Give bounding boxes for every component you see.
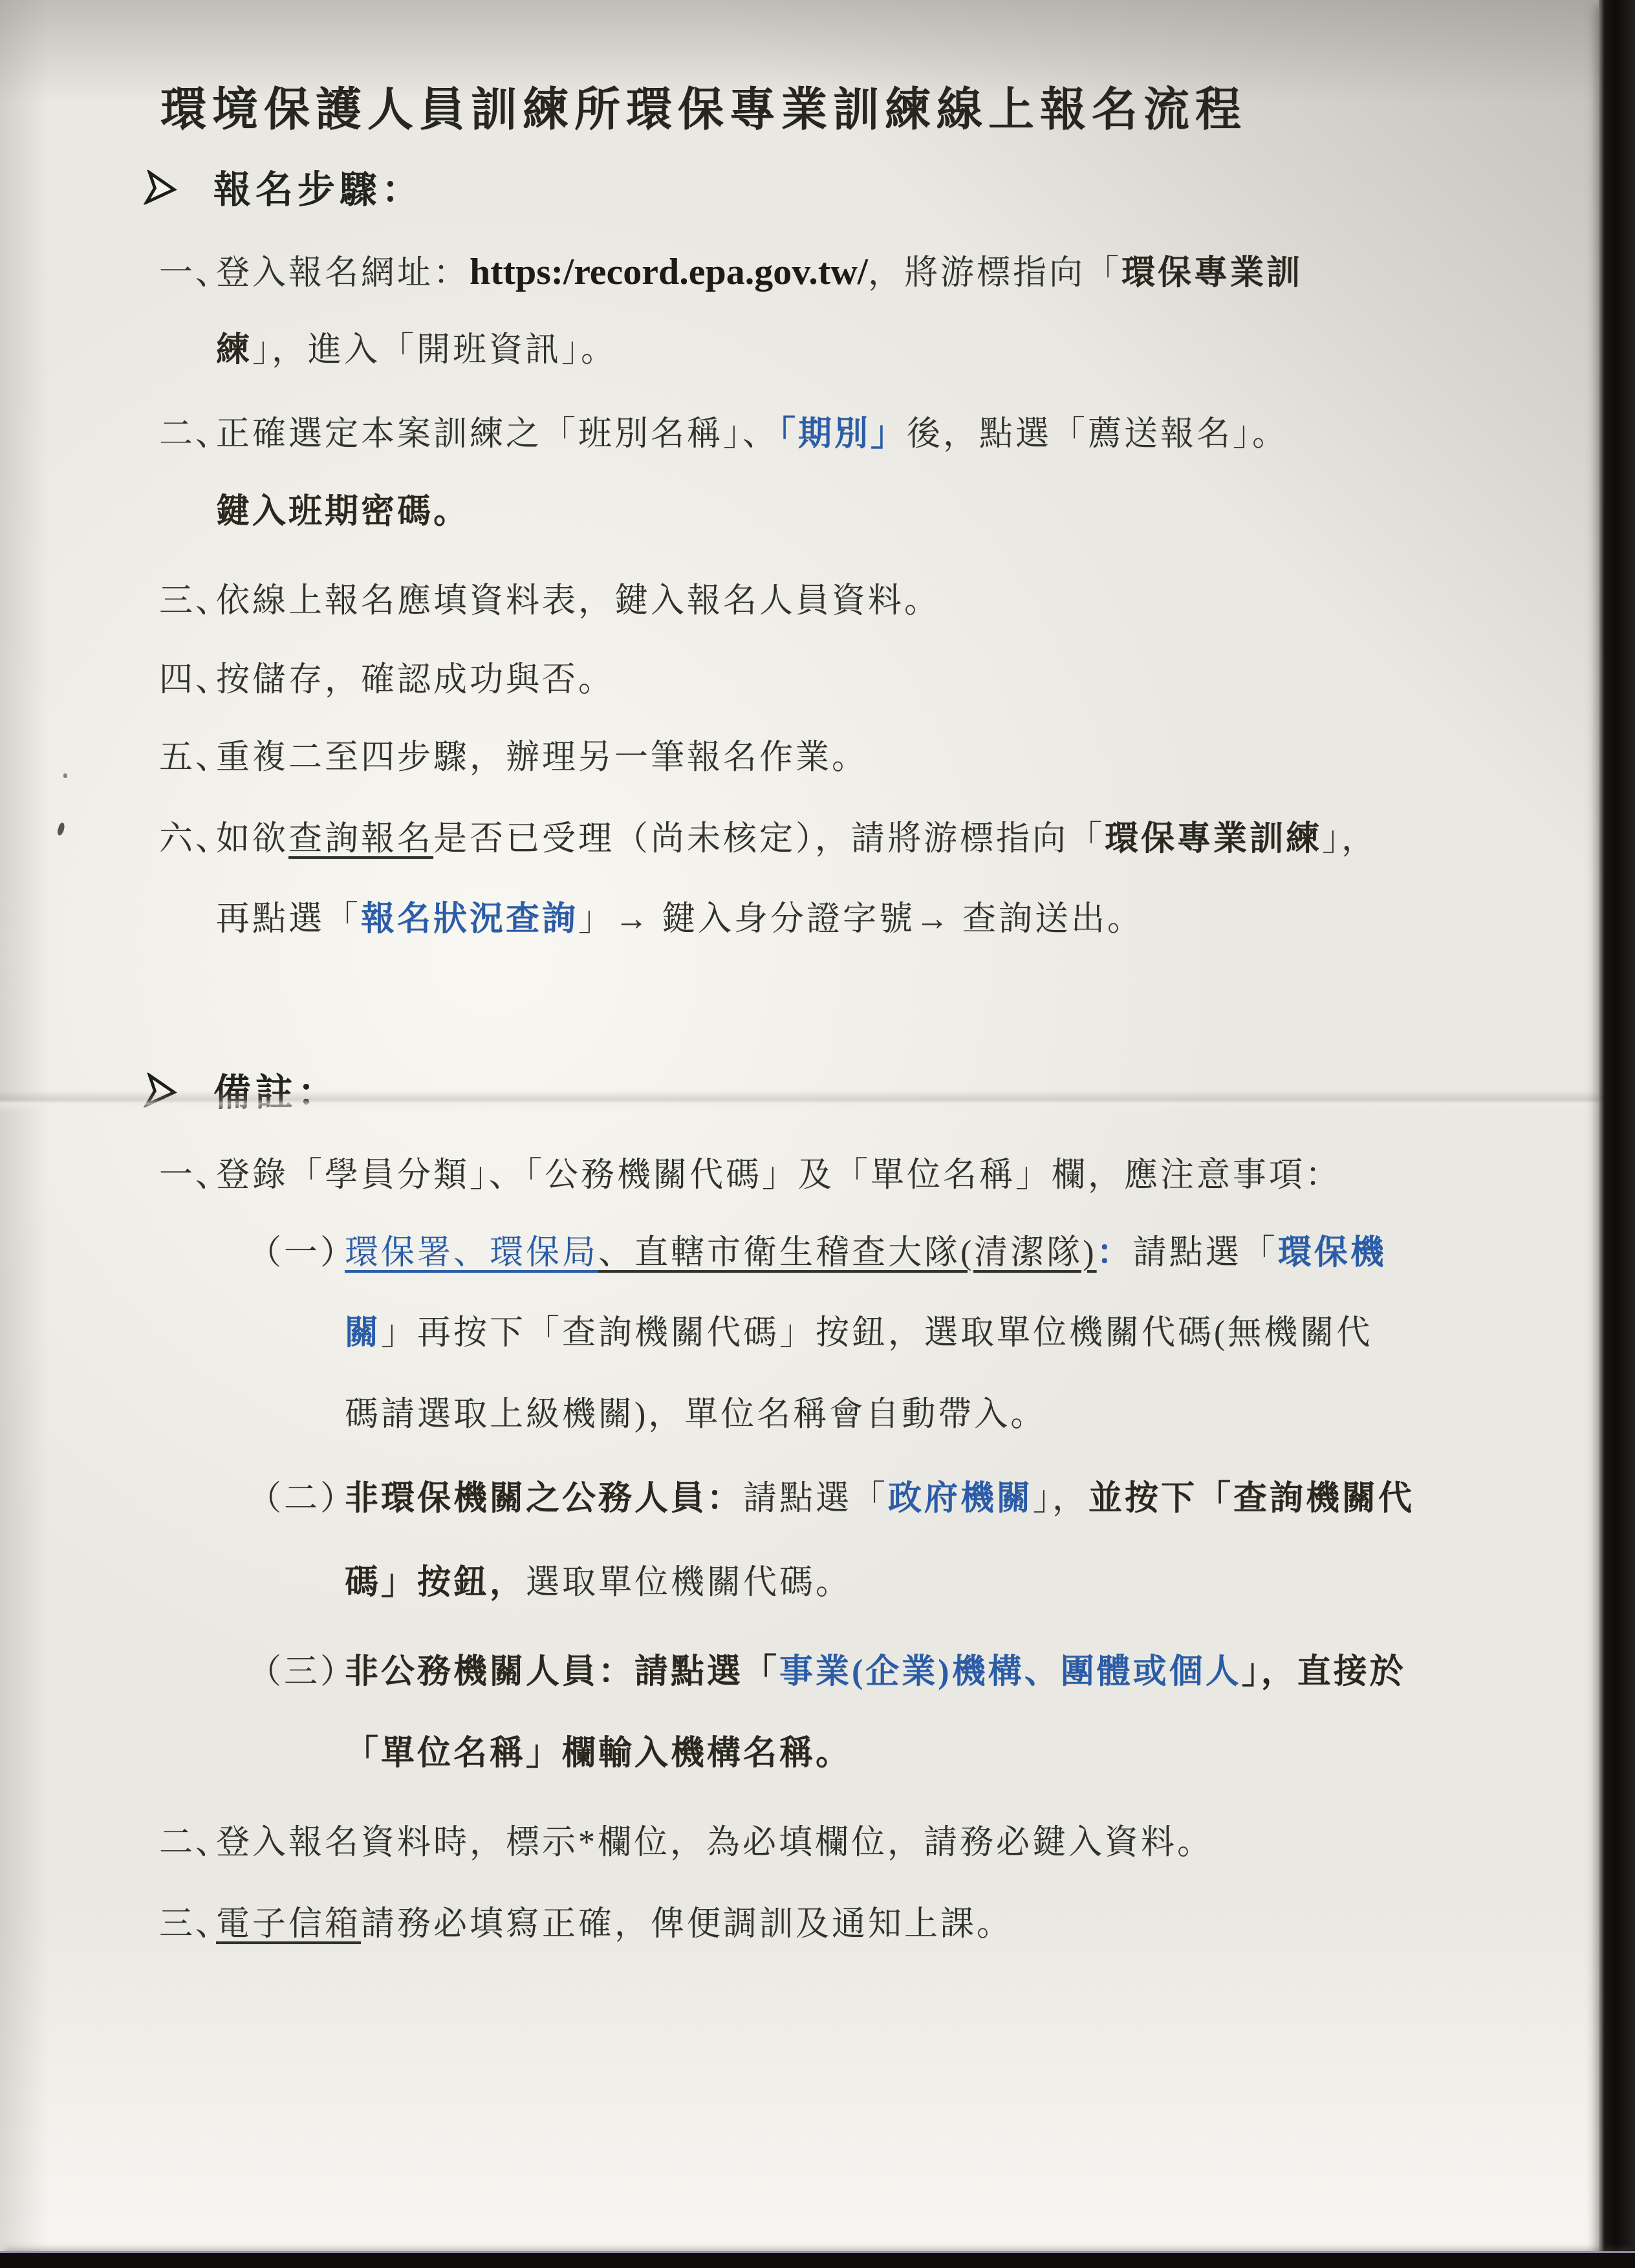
list-number: 三、 [159,1904,216,1945]
list-number: （二） [248,1478,345,1520]
scan-edge-right [1599,0,1635,2268]
text-run: 」→ 鍵入身分證字號→ 查詢送出。 [578,901,1143,938]
text-run: 」， [1322,821,1378,858]
scan-edge-bottom [0,2251,1635,2268]
scan-speck [56,822,66,836]
text-run: 環保機 [1278,1235,1387,1271]
text-line: 再點選「報名狀況查詢」→ 鍵入身分證字號→ 查詢送出。 [216,899,1143,940]
text-run: 正確選定本案訓練之「班別名稱」、 [216,416,779,453]
text-run: 選取單位機關代碼。 [526,1564,852,1601]
text-line: （一）環保署、環保局、直轄市衛生稽查大隊(清潔隊)：請點選「環保機 [248,1233,1387,1274]
text-line: 六、如欲查詢報名是否已受理（尚未核定），請將游標指向「環保專業訓練」， [159,819,1378,860]
text-line: 三、電子信箱請務必填寫正確，俾便調訓及通知上課。 [159,1904,1013,1945]
text-run: ： [1097,1235,1133,1271]
text-run: 「單位名稱」欄輸入機構名稱。 [345,1735,852,1772]
text-line: （三）非公務機關人員：請點選「事業(企業)機構、團體或個人」，直接於 [248,1652,1406,1693]
text-run: 、直轄市衛生稽查大隊(清潔隊) [598,1235,1097,1271]
list-number: 二、 [159,414,216,455]
text-run: 請點選「 [743,1480,888,1517]
list-number: 一、 [159,1155,216,1196]
text-run: 碼」按鈕， [345,1564,526,1601]
list-number: 一、 [159,253,216,294]
text-run: 後，點選「薦送報名」。 [907,416,1288,453]
text-run: 環保專業訓 [1121,255,1303,292]
list-number: 二、 [159,1822,216,1864]
text-line: 二、正確選定本案訓練之「班別名稱」、「期別」後，點選「薦送報名」。 [159,414,1288,455]
text-run: 請務必填寫正確，俾便調訓及通知上課。 [361,1906,1013,1943]
text-run: 非公務機關人員：請點選「 [345,1654,779,1690]
section-heading-steps: 報名步驟： [145,159,424,213]
text-run: 是否已受理（尚未核定），請將游標指向「 [433,821,1105,858]
text-run: 練 [216,332,252,369]
text-line: 鍵入班期密碼。 [216,491,470,533]
text-run: 」，直接於 [1242,1654,1406,1690]
text-run: 」，進入「開班資訊」。 [252,332,617,369]
list-number: 三、 [159,581,216,622]
scanned-page: 環境保護人員訓練所環保專業訓練線上報名流程 報名步驟： 備註： 一、登入報名網址… [0,0,1635,2268]
text-run: 政府機關 [888,1480,1033,1517]
section-heading-label: 報名步驟： [213,169,424,211]
paper-crease [0,1090,1635,1112]
text-run: 登入報名資料時，標示*欄位，為必填欄位，請務必鍵入資料。 [216,1824,1213,1861]
text-run: 環保署、環保局 [345,1235,598,1271]
text-run: 」再按下「查詢機關代碼」按鈕，選取單位機關代碼(無機關代 [381,1315,1372,1352]
list-number: 六、 [159,819,216,860]
text-line: 四、按儲存，確認成功與否。 [159,660,614,701]
text-run: 報名狀況查詢 [361,901,578,938]
page-title: 環境保護人員訓練所環保專業訓練線上報名流程 [160,72,1247,138]
text-run: 事業(企業)機構、團體或個人 [779,1654,1242,1690]
text-run: 」， [1033,1480,1088,1517]
text-line: 練」，進入「開班資訊」。 [216,330,617,371]
text-run: 碼請選取上級機關)，單位名稱會自動帶入。 [345,1396,1046,1433]
scan-speck [63,773,67,778]
text-run: 鍵入班期密碼。 [216,493,470,530]
text-run: 並按下「查詢機關代 [1088,1480,1414,1517]
list-number: （三） [248,1652,345,1693]
text-run: 電子信箱 [216,1906,361,1943]
text-run: ，將游標指向「 [868,255,1121,292]
text-line: 碼」按鈕，選取單位機關代碼。 [345,1562,852,1604]
text-run: 重複二至四步驟，辦理另一筆報名作業。 [216,739,868,776]
arrow-bullet-icon [143,170,179,208]
text-run: 非環保機關之公務人員： [345,1480,743,1517]
text-run: https:/record.epa.gov.tw/ [470,250,868,292]
text-line: 二、登入報名資料時，標示*欄位，為必填欄位，請務必鍵入資料。 [159,1822,1213,1864]
text-line: 一、登入報名網址：https:/record.epa.gov.tw/，將游標指向… [159,251,1303,294]
list-number: （一） [248,1233,345,1274]
text-run: 登錄「學員分類」、「公務機關代碼」及「單位名稱」欄，應注意事項： [216,1157,1341,1194]
text-line: 五、重複二至四步驟，辦理另一筆報名作業。 [159,737,868,779]
text-run: 按儲存，確認成功與否。 [216,662,614,698]
list-number: 五、 [159,737,216,779]
text-run: 查詢報名 [288,821,433,858]
text-run: 再點選「 [216,901,361,938]
text-run: 關 [345,1315,381,1352]
list-number: 四、 [159,660,216,701]
text-line: 「單位名稱」欄輸入機構名稱。 [345,1733,852,1775]
text-run: 如欲 [216,821,288,858]
text-run: 請點選「 [1133,1235,1278,1271]
text-run: 環保專業訓練 [1105,821,1322,858]
text-line: 碼請選取上級機關)，單位名稱會自動帶入。 [345,1394,1046,1436]
text-line: 關」再按下「查詢機關代碼」按鈕，選取單位機關代碼(無機關代 [345,1313,1372,1354]
text-line: 一、登錄「學員分類」、「公務機關代碼」及「單位名稱」欄，應注意事項： [159,1155,1341,1196]
text-line: 三、依線上報名應填資料表，鍵入報名人員資料。 [159,581,940,622]
text-run: 依線上報名應填資料表，鍵入報名人員資料。 [216,583,940,620]
text-line: （二）非環保機關之公務人員：請點選「政府機關」，並按下「查詢機關代 [248,1478,1414,1520]
text-run: 登入報名網址： [216,255,470,292]
text-run: 「期別」 [779,416,907,453]
